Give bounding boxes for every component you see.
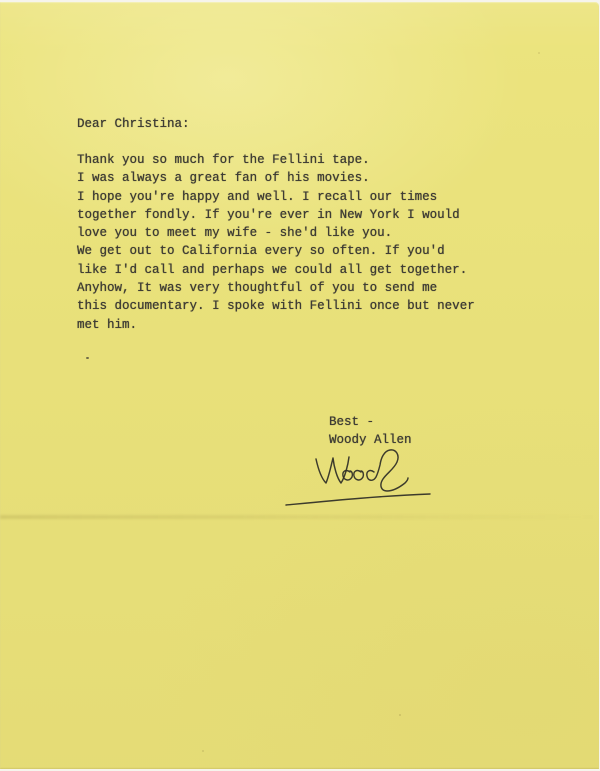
letter-greeting: Dear Christina: (77, 115, 190, 133)
signature-stroke-dy-flourish (367, 450, 408, 491)
fold-crease (0, 515, 599, 519)
letter-body: Thank you so much for the Fellini tape. … (77, 151, 475, 334)
stray-ink-dot (86, 357, 89, 359)
handwritten-signature (283, 439, 435, 509)
scan-background: Dear Christina: Thank you so much for th… (0, 0, 600, 771)
paper-sheet: Dear Christina: Thank you so much for th… (0, 2, 599, 769)
paper-speck (202, 750, 204, 752)
paper-speck (399, 714, 401, 716)
signature-underline (286, 494, 430, 505)
paper-speck (538, 52, 540, 54)
